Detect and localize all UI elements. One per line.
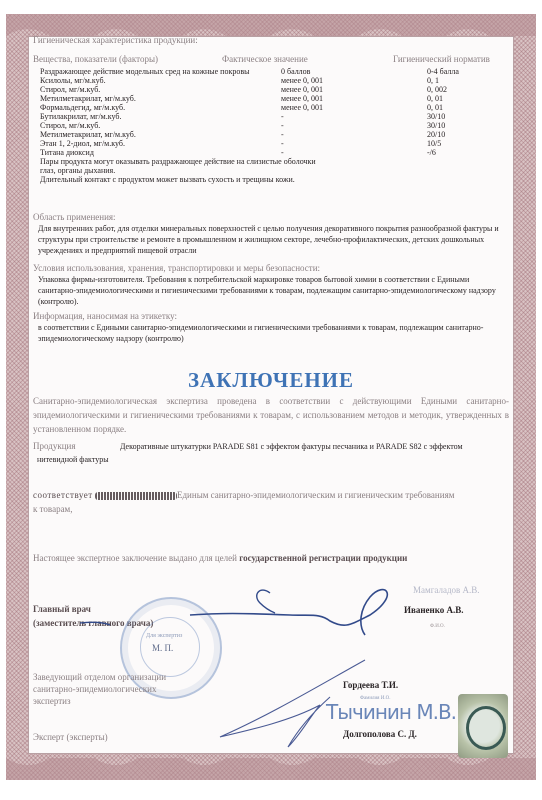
hologram-seal (458, 694, 508, 758)
expert-name: Долгополова С. Д. (343, 729, 417, 739)
table-cell-norm: 20/10 (427, 130, 459, 139)
table-cell-actual: менее 0, 001 (281, 76, 323, 85)
table-cell-actual: менее 0, 001 (281, 103, 323, 112)
name-stamp: Тычинин М.В. (326, 700, 456, 724)
table-cell-norm: 0, 1 (427, 76, 459, 85)
head-label-1: Заведующий отделом организации (33, 672, 166, 682)
conditions-label: Условия использования, хранения, транспо… (33, 263, 320, 273)
hologram-emblem-icon (466, 706, 506, 750)
table-names: Раздражающее действие модельных сред на … (40, 67, 316, 184)
table-note: глаз, органы дыхания. (40, 166, 316, 175)
ornament-top (6, 14, 536, 36)
table-header-substance: Вещества, показатели (факторы) (33, 54, 158, 64)
chief-signature (70, 585, 390, 645)
table-cell-norm: 0, 01 (427, 94, 459, 103)
table-cell-actual: - (281, 148, 323, 157)
head-label-3: экспертиз (33, 696, 71, 706)
table-cell-norm: 0, 01 (427, 103, 459, 112)
chief-name: Иваненко А.В. (404, 605, 464, 615)
table-cell-actual: - (281, 121, 323, 130)
table-cell-actual: 0 баллов (281, 67, 323, 76)
table-note: Длительный контакт с продуктом может выз… (40, 175, 316, 184)
table-cell-norm: 30/10 (427, 112, 459, 121)
table-cell-actual: менее 0, 001 (281, 85, 323, 94)
complies-text-continued: к товарам, (33, 504, 73, 514)
table-cell-norm: -/6 (427, 148, 459, 157)
table-cell-name: Бутилакрилат, мг/м.куб. (40, 112, 316, 121)
conclusion-text: Санитарно-эпидемиологическая экспертиза … (33, 394, 509, 436)
head-label-2: санитарно-эпидемиологических (33, 684, 156, 694)
table-norm-values: 0-4 балла 0, 1 0, 002 0, 01 0, 01 30/10 … (427, 67, 459, 157)
purpose-bold: государственной регистрации продукции (239, 553, 407, 563)
table-header-norm: Гигиенический норматив (393, 54, 490, 64)
table-cell-name: Метилметакрилат, мг/м.куб. (40, 130, 316, 139)
expert-label: Эксперт (эксперты) (33, 732, 108, 742)
conditions-text: Упаковка фирмы-изготовителя. Требования … (38, 274, 508, 307)
product-label: Продукция (33, 441, 75, 451)
table-cell-name: Стирол, мг/м.куб. (40, 121, 316, 130)
chief-faded-name: Мамгаладов А.В. (413, 585, 480, 595)
purpose-text: Настоящее экспертное заключение выдано д… (33, 553, 237, 563)
table-cell-name: Этан 1, 2-диол, мг/м.куб. (40, 139, 316, 148)
table-actual-values: 0 баллов менее 0, 001 менее 0, 001 менее… (281, 67, 323, 157)
table-cell-actual: - (281, 139, 323, 148)
table-cell-norm: 0-4 балла (427, 67, 459, 76)
product-text-continued: нитевидной фактуры (37, 455, 109, 464)
complies-line: соответствует Единым санитарно-эпидемиол… (33, 490, 454, 500)
table-cell-name: Раздражающее действие модельных сред на … (40, 67, 316, 76)
scope-label: Область применения: (33, 212, 116, 222)
table-cell-name: Ксилолы, мг/м.куб. (40, 76, 316, 85)
product-text: Декоративные штукатурки PARADE S81 с эфф… (120, 442, 463, 451)
table-cell-actual: менее 0, 001 (281, 94, 323, 103)
table-cell-name: Формальдегид, мг/м.куб. (40, 103, 316, 112)
purpose-line: Настоящее экспертное заключение выдано д… (33, 553, 407, 563)
table-cell-name: Метилметакрилат, мг/м.куб. (40, 94, 316, 103)
table-cell-actual: - (281, 130, 323, 139)
table-cell-name: Титана диоксид (40, 148, 316, 157)
table-cell-norm: 30/10 (427, 121, 459, 130)
label-info-label: Информация, наносимая на этикетку: (33, 311, 177, 321)
complies-text: Единым санитарно-эпидемиологическим и ги… (177, 490, 454, 500)
table-header-actual: Фактическое значение (222, 54, 308, 64)
hygiene-title: Гигиеническая характеристика продукции: (33, 35, 198, 45)
crossed-out-text (95, 492, 177, 500)
complies-word: соответствует (33, 490, 93, 500)
table-cell-norm: 0, 002 (427, 85, 459, 94)
fio-caption: Ф.И.О. (430, 624, 445, 629)
conclusion-heading: ЗАКЛЮЧЕНИЕ (0, 368, 542, 393)
scope-text: Для внутренних работ, для отделки минера… (38, 223, 508, 256)
table-note: Пары продукта могут оказывать раздражающ… (40, 157, 316, 166)
table-cell-name: Стирол, мг/м.куб. (40, 85, 316, 94)
table-cell-actual: - (281, 112, 323, 121)
ornament-bottom (6, 758, 536, 780)
label-info-text: в соответствии с Едиными санитарно-эпиде… (38, 322, 508, 344)
table-cell-norm: 10/5 (427, 139, 459, 148)
